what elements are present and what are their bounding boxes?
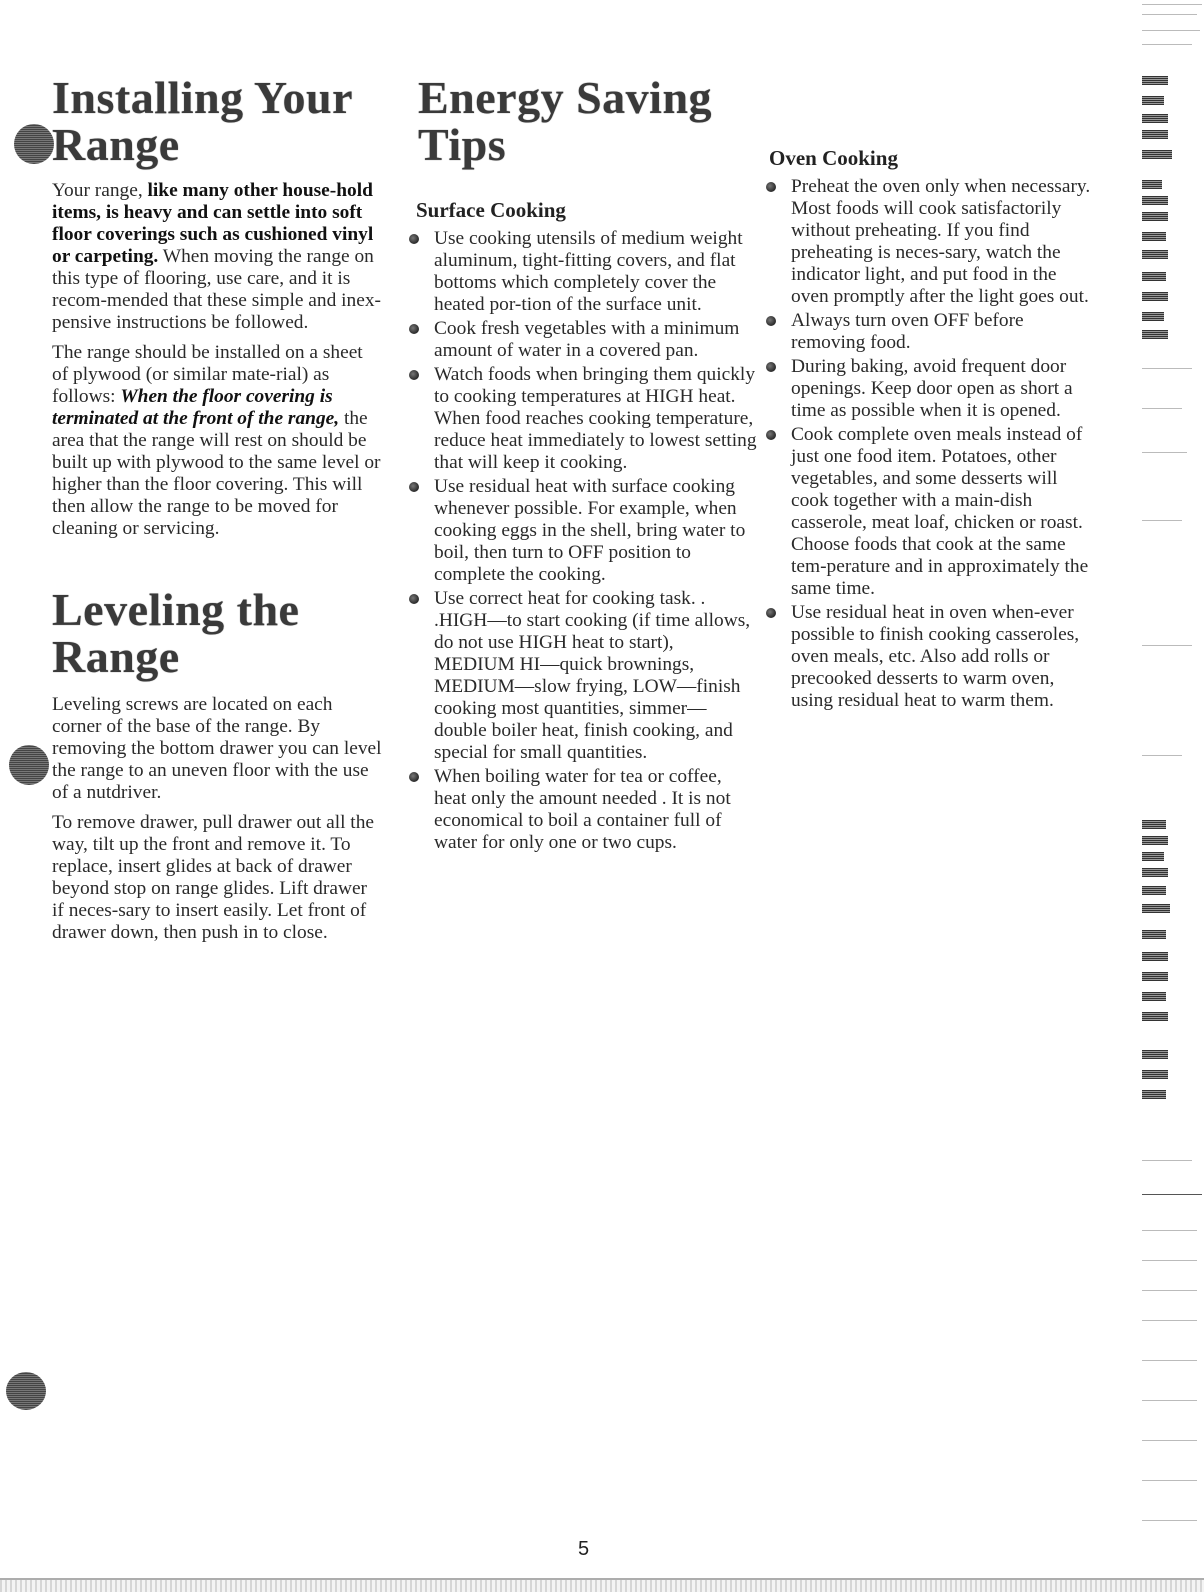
list-item: Watch foods when bringing them quickly t… — [408, 364, 758, 474]
tip-text: Use cooking utensils of medium weight al… — [434, 228, 743, 315]
bullet-icon — [766, 608, 776, 618]
tip-text: During baking, avoid frequent door openi… — [791, 356, 1073, 421]
page-number: 5 — [578, 1538, 589, 1561]
bullet-icon — [409, 594, 419, 604]
tip-text: Use residual heat with surface cooking w… — [434, 476, 745, 585]
installing-heading-line1: Installing Your — [52, 72, 353, 123]
binder-hole-mark-top — [14, 124, 54, 164]
list-item: Cook complete oven meals instead of just… — [765, 424, 1095, 600]
tip-text: Use correct heat for cooking task. . .HI… — [434, 588, 750, 763]
list-item: Always turn oven OFF before removing foo… — [765, 310, 1095, 354]
tip-text: Use residual heat in oven when-ever poss… — [791, 602, 1079, 711]
tip-text: Watch foods when bringing them quickly t… — [434, 364, 757, 473]
bullet-icon — [766, 362, 776, 372]
list-item: Preheat the oven only when necessary. Mo… — [765, 176, 1095, 308]
list-item: Use residual heat with surface cooking w… — [408, 476, 758, 586]
bullet-icon — [766, 316, 776, 326]
oven-cooking-section: Oven Cooking Preheat the oven only when … — [765, 140, 1095, 714]
leveling-heading-line1: Leveling the — [52, 584, 299, 635]
installing-section: Installing Your Range Your range, like m… — [52, 70, 382, 952]
bullet-icon — [409, 482, 419, 492]
tip-text: Cook fresh vegetables with a minimum amo… — [434, 318, 739, 361]
scan-bottom-artifact — [0, 1578, 1204, 1592]
list-item: Use correct heat for cooking task. . .HI… — [408, 588, 758, 764]
installing-heading: Installing Your Range — [52, 74, 382, 168]
list-item: Use residual heat in oven when-ever poss… — [765, 602, 1095, 712]
bullet-icon — [409, 772, 419, 782]
oven-cooking-list: Preheat the oven only when necessary. Mo… — [765, 176, 1095, 712]
list-item: Use cooking utensils of medium weight al… — [408, 228, 758, 316]
leveling-paragraph-1: Leveling screws are located on each corn… — [52, 694, 382, 804]
leveling-heading: Leveling the Range — [52, 586, 382, 680]
leveling-paragraph-2: To remove drawer, pull drawer out all th… — [52, 812, 382, 944]
text-run: Your range, — [52, 180, 148, 201]
energy-tips-heading: Energy Saving Tips — [418, 74, 758, 168]
installing-heading-line2: Range — [52, 119, 180, 170]
manual-page: Installing Your Range Your range, like m… — [0, 0, 1204, 1592]
leveling-heading-line2: Range — [52, 631, 180, 682]
surface-cooking-list: Use cooking utensils of medium weight al… — [408, 228, 758, 854]
leveling-section: Leveling the Range Leveling screws are l… — [52, 586, 382, 944]
bullet-icon — [409, 324, 419, 334]
tip-text: When boiling water for tea or coffee, he… — [434, 766, 731, 853]
bullet-icon — [766, 430, 776, 440]
installing-paragraph-2: The range should be installed on a sheet… — [52, 342, 382, 540]
list-item: During baking, avoid frequent door openi… — [765, 356, 1095, 422]
tip-text: Cook complete oven meals instead of just… — [791, 424, 1088, 599]
bullet-icon — [409, 234, 419, 244]
tip-text: Preheat the oven only when necessary. Mo… — [791, 176, 1090, 307]
list-item: Cook fresh vegetables with a minimum amo… — [408, 318, 758, 362]
scan-edge-artifact — [1114, 0, 1204, 1592]
binder-hole-mark-middle — [9, 745, 49, 785]
surface-cooking-title: Surface Cooking — [416, 198, 758, 222]
tip-text: Always turn oven OFF before removing foo… — [791, 310, 1024, 353]
oven-cooking-title: Oven Cooking — [769, 146, 1095, 170]
installing-paragraph-1: Your range, like many other house-hold i… — [52, 180, 382, 334]
bullet-icon — [409, 370, 419, 380]
binder-hole-mark-bottom — [6, 1372, 46, 1410]
energy-tips-section: Energy Saving Tips Surface Cooking Use c… — [408, 70, 758, 856]
bullet-icon — [766, 182, 776, 192]
list-item: When boiling water for tea or coffee, he… — [408, 766, 758, 854]
